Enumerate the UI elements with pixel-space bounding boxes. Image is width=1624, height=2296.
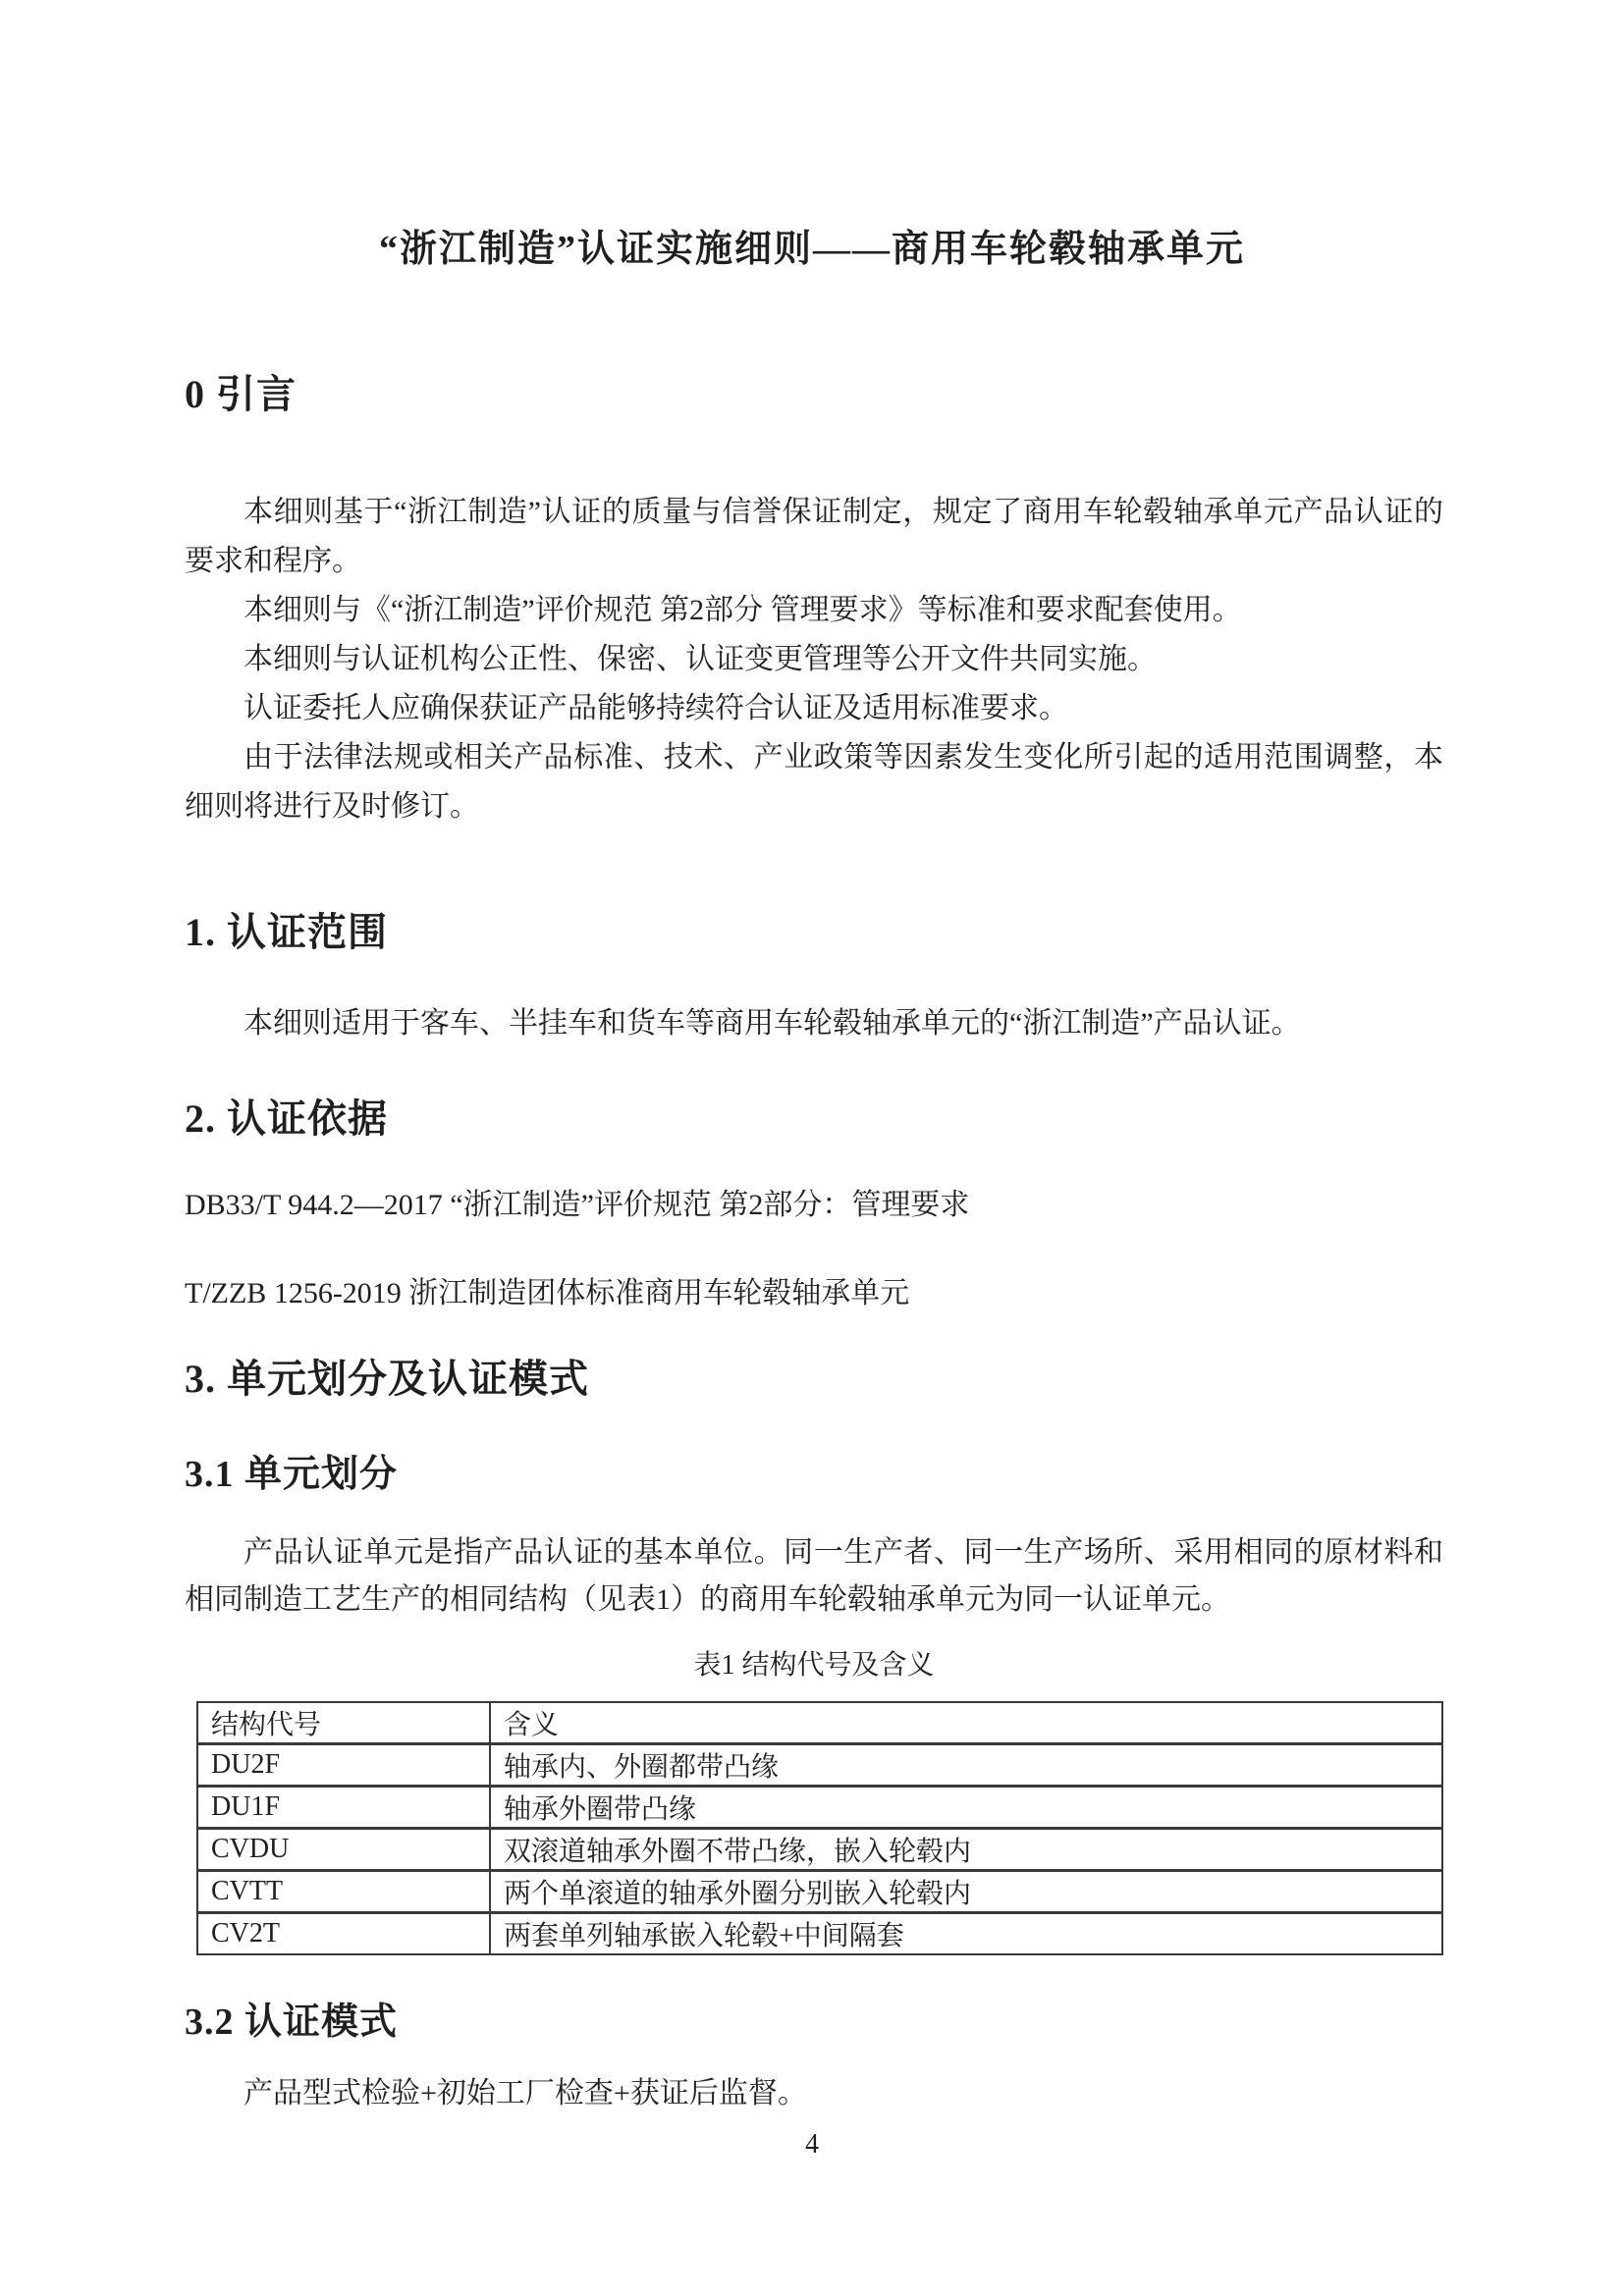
table-row: CVDU 双滚道轴承外圈不带凸缘，嵌入轮毂内 bbox=[197, 1829, 1442, 1871]
code-cell: CVDU bbox=[197, 1829, 490, 1871]
code-cell: DU1F bbox=[197, 1787, 490, 1829]
meaning-cell: 双滚道轴承外圈不带凸缘，嵌入轮毂内 bbox=[490, 1829, 1442, 1871]
document-page: “浙江制造”认证实施细则——商用车轮毂轴承单元 0 引言 本细则基于“浙江制造”… bbox=[0, 0, 1624, 2296]
code-cell: DU2F bbox=[197, 1744, 490, 1787]
code-cell: CVTT bbox=[197, 1871, 490, 1913]
meaning-cell: 两套单列轴承嵌入轮毂+中间隔套 bbox=[490, 1913, 1442, 1955]
structure-code-table: 结构代号 含义 DU2F 轴承内、外圈都带凸缘 DU1F 轴承外圈带凸缘 CVD… bbox=[196, 1701, 1443, 1955]
table-row: CV2T 两套单列轴承嵌入轮毂+中间隔套 bbox=[197, 1913, 1442, 1955]
section-heading-unit: 3. 单元划分及认证模式 bbox=[185, 1356, 589, 1403]
table-header-cell: 结构代号 bbox=[197, 1702, 490, 1744]
section-heading-basis: 2. 认证依据 bbox=[185, 1095, 388, 1143]
paragraph: 本细则与《“浙江制造”评价规范 第2部分 管理要求》等标准和要求配套使用。 bbox=[185, 586, 1443, 635]
paragraph: 本细则适用于客车、半挂车和货车等商用车轮毂轴承单元的“浙江制造”产品认证。 bbox=[185, 999, 1443, 1048]
paragraph: 由于法律法规或相关产品标准、技术、产业政策等因素发生变化所引起的适用范围调整，本… bbox=[185, 733, 1443, 831]
meaning-cell: 轴承外圈带凸缘 bbox=[490, 1787, 1442, 1829]
paragraph: 本细则基于“浙江制造”认证的质量与信誉保证制定，规定了商用车轮毂轴承单元产品认证… bbox=[185, 488, 1443, 586]
page-number: 4 bbox=[0, 2128, 1624, 2162]
paragraph: 产品认证单元是指产品认证的基本单位。同一生产者、同一生产场所、采用相同的原材料和… bbox=[185, 1529, 1443, 1624]
paragraph: 认证委托人应确保获证产品能够持续符合认证及适用标准要求。 bbox=[185, 684, 1443, 733]
division-paragraph-block: 产品认证单元是指产品认证的基本单位。同一生产者、同一生产场所、采用相同的原材料和… bbox=[185, 1529, 1443, 1624]
standard-reference: T/ZZB 1256-2019 浙江制造团体标准商用车轮毂轴承单元 bbox=[185, 1269, 1443, 1318]
standard-reference: DB33/T 944.2—2017 “浙江制造”评价规范 第2部分：管理要求 bbox=[185, 1181, 1443, 1230]
scope-paragraph-block: 本细则适用于客车、半挂车和货车等商用车轮毂轴承单元的“浙江制造”产品认证。 bbox=[185, 999, 1443, 1048]
table-header-row: 结构代号 含义 bbox=[197, 1702, 1442, 1744]
document-title: “浙江制造”认证实施细则——商用车轮毂轴承单元 bbox=[0, 226, 1624, 273]
paragraph: 本细则与认证机构公正性、保密、认证变更管理等公开文件共同实施。 bbox=[185, 635, 1443, 684]
table-row: DU2F 轴承内、外圈都带凸缘 bbox=[197, 1744, 1442, 1787]
table-row: DU1F 轴承外圈带凸缘 bbox=[197, 1787, 1442, 1829]
intro-paragraphs: 本细则基于“浙江制造”认证的质量与信誉保证制定，规定了商用车轮毂轴承单元产品认证… bbox=[185, 488, 1443, 831]
code-cell: CV2T bbox=[197, 1913, 490, 1955]
table-header-cell: 含义 bbox=[490, 1702, 1442, 1744]
basis-item-block: DB33/T 944.2—2017 “浙江制造”评价规范 第2部分：管理要求 bbox=[185, 1181, 1443, 1230]
subsection-heading-division: 3.1 单元划分 bbox=[185, 1452, 398, 1497]
subsection-heading-mode: 3.2 认证模式 bbox=[185, 2000, 398, 2045]
meaning-cell: 两个单滚道的轴承外圈分别嵌入轮毂内 bbox=[490, 1871, 1442, 1913]
basis-item-block: T/ZZB 1256-2019 浙江制造团体标准商用车轮毂轴承单元 bbox=[185, 1269, 1443, 1318]
mode-paragraph-block: 产品型式检验+初始工厂检查+获证后监督。 bbox=[185, 2069, 1443, 2118]
table-caption: 表1 结构代号及含义 bbox=[185, 1649, 1443, 1682]
paragraph: 产品型式检验+初始工厂检查+获证后监督。 bbox=[185, 2069, 1443, 2118]
section-heading-intro: 0 引言 bbox=[185, 371, 297, 418]
section-heading-scope: 1. 认证范围 bbox=[185, 909, 388, 956]
meaning-cell: 轴承内、外圈都带凸缘 bbox=[490, 1744, 1442, 1787]
table-row: CVTT 两个单滚道的轴承外圈分别嵌入轮毂内 bbox=[197, 1871, 1442, 1913]
